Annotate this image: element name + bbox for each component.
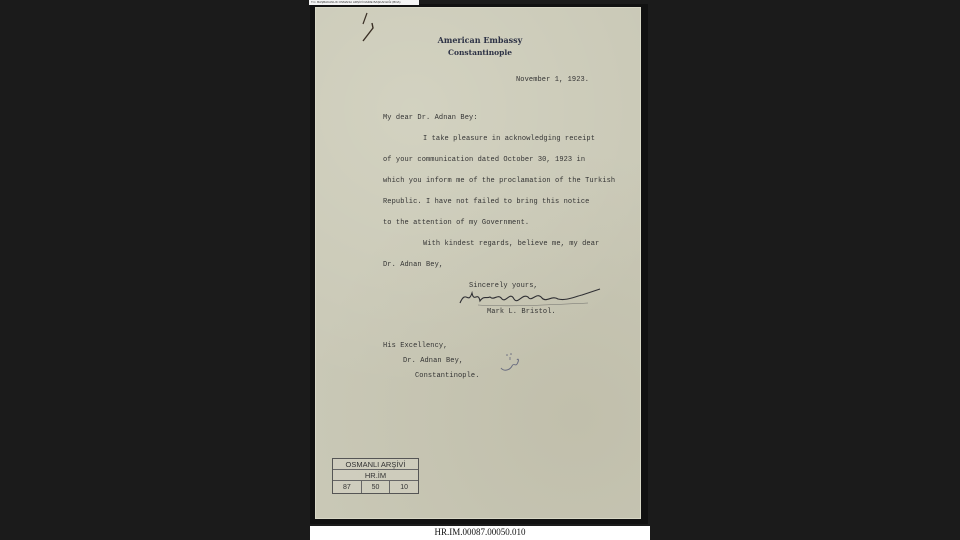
addressee-line-2: Dr. Adnan Bey, <box>403 357 463 365</box>
pen-mark-icon <box>350 12 380 47</box>
archive-stamp: OSMANLI ARŞİVİ HR.İM 87 50 10 <box>332 458 419 494</box>
letterhead-line-1: American Embassy <box>415 35 545 45</box>
letter-page: American Embassy Constantinople November… <box>315 7 641 519</box>
body-line: to the attention of my Government. <box>383 219 529 227</box>
stamp-cell-folder: 50 <box>362 481 391 493</box>
letter-date: November 1, 1923. <box>516 76 589 84</box>
stamp-cell-document: 10 <box>390 481 418 493</box>
salutation: My dear Dr. Adnan Bey: <box>383 114 478 122</box>
addressee-line-3: Constantinople. <box>415 372 480 380</box>
signature-icon <box>458 285 603 309</box>
addressee-line-1: His Excellency, <box>383 342 448 350</box>
letterhead-line-2: Constantinople <box>415 48 545 57</box>
stamp-title: OSMANLI ARŞİVİ <box>333 459 418 470</box>
stamp-numbers: 87 50 10 <box>333 481 418 493</box>
closing-line: With kindest regards, believe me, my dea… <box>423 240 599 248</box>
closing-line: Dr. Adnan Bey, <box>383 261 443 269</box>
archive-banner: T.C. BAŞBAKANLIK OSMANLI ARŞİVİ DAİRE BA… <box>309 0 419 5</box>
body-line: of your communication dated October 30, … <box>383 156 585 164</box>
body-line: I take pleasure in acknowledging receipt <box>423 135 595 143</box>
signer-name: Mark L. Bristol. <box>487 308 556 316</box>
body-line: which you inform me of the proclamation … <box>383 177 615 185</box>
stamp-collection: HR.İM <box>333 470 418 481</box>
document-reference-caption: HR.IM.00087.00050.010 <box>310 526 650 540</box>
body-line: Republic. I have not failed to bring thi… <box>383 198 589 206</box>
stamp-cell-box: 87 <box>333 481 362 493</box>
handwritten-note-icon <box>498 350 522 374</box>
